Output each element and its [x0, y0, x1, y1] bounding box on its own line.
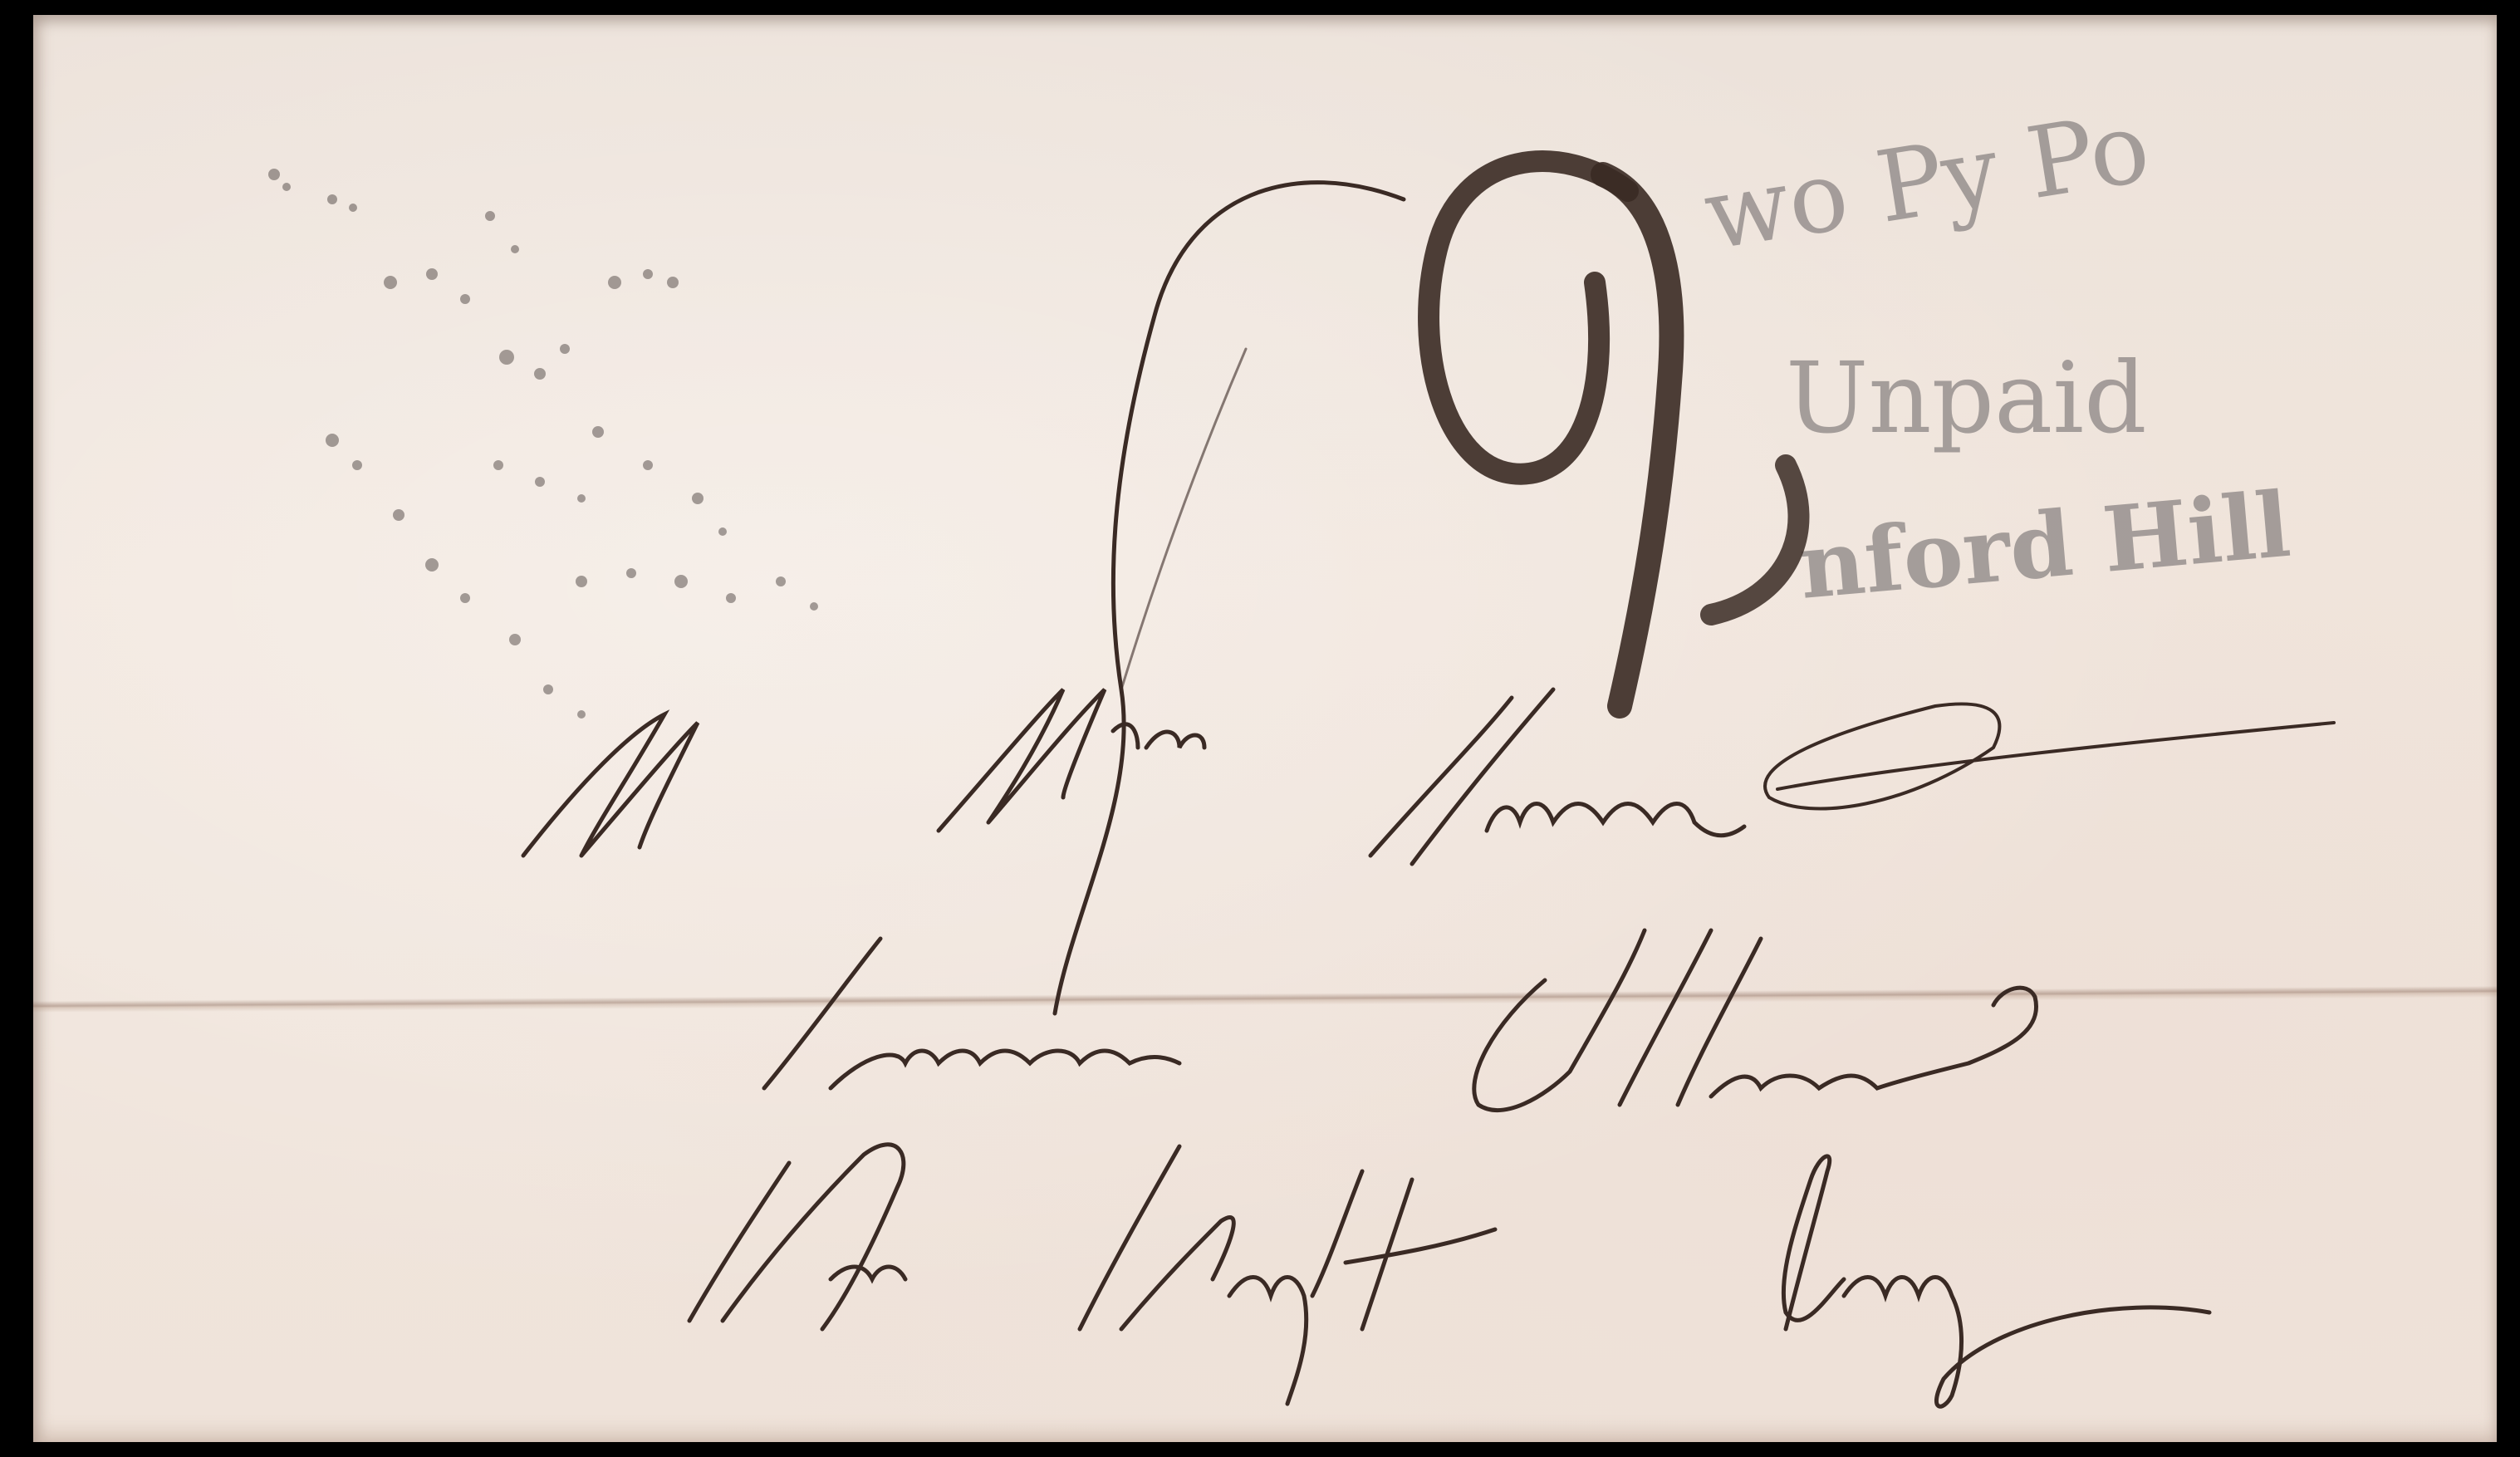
flourish-strokes: [1055, 183, 1404, 1013]
letter-ink-layer: wo Py Po Unpaid nford Hill: [0, 0, 2520, 1457]
postmark-line-2: Unpaid: [1786, 341, 2147, 455]
smudged-cancellation-mark: [268, 169, 818, 719]
postmark-line-1: wo Py Po: [1697, 89, 2157, 272]
address-handwriting: [523, 689, 2334, 1406]
postmark-line-3: nford Hill: [1795, 473, 2294, 620]
